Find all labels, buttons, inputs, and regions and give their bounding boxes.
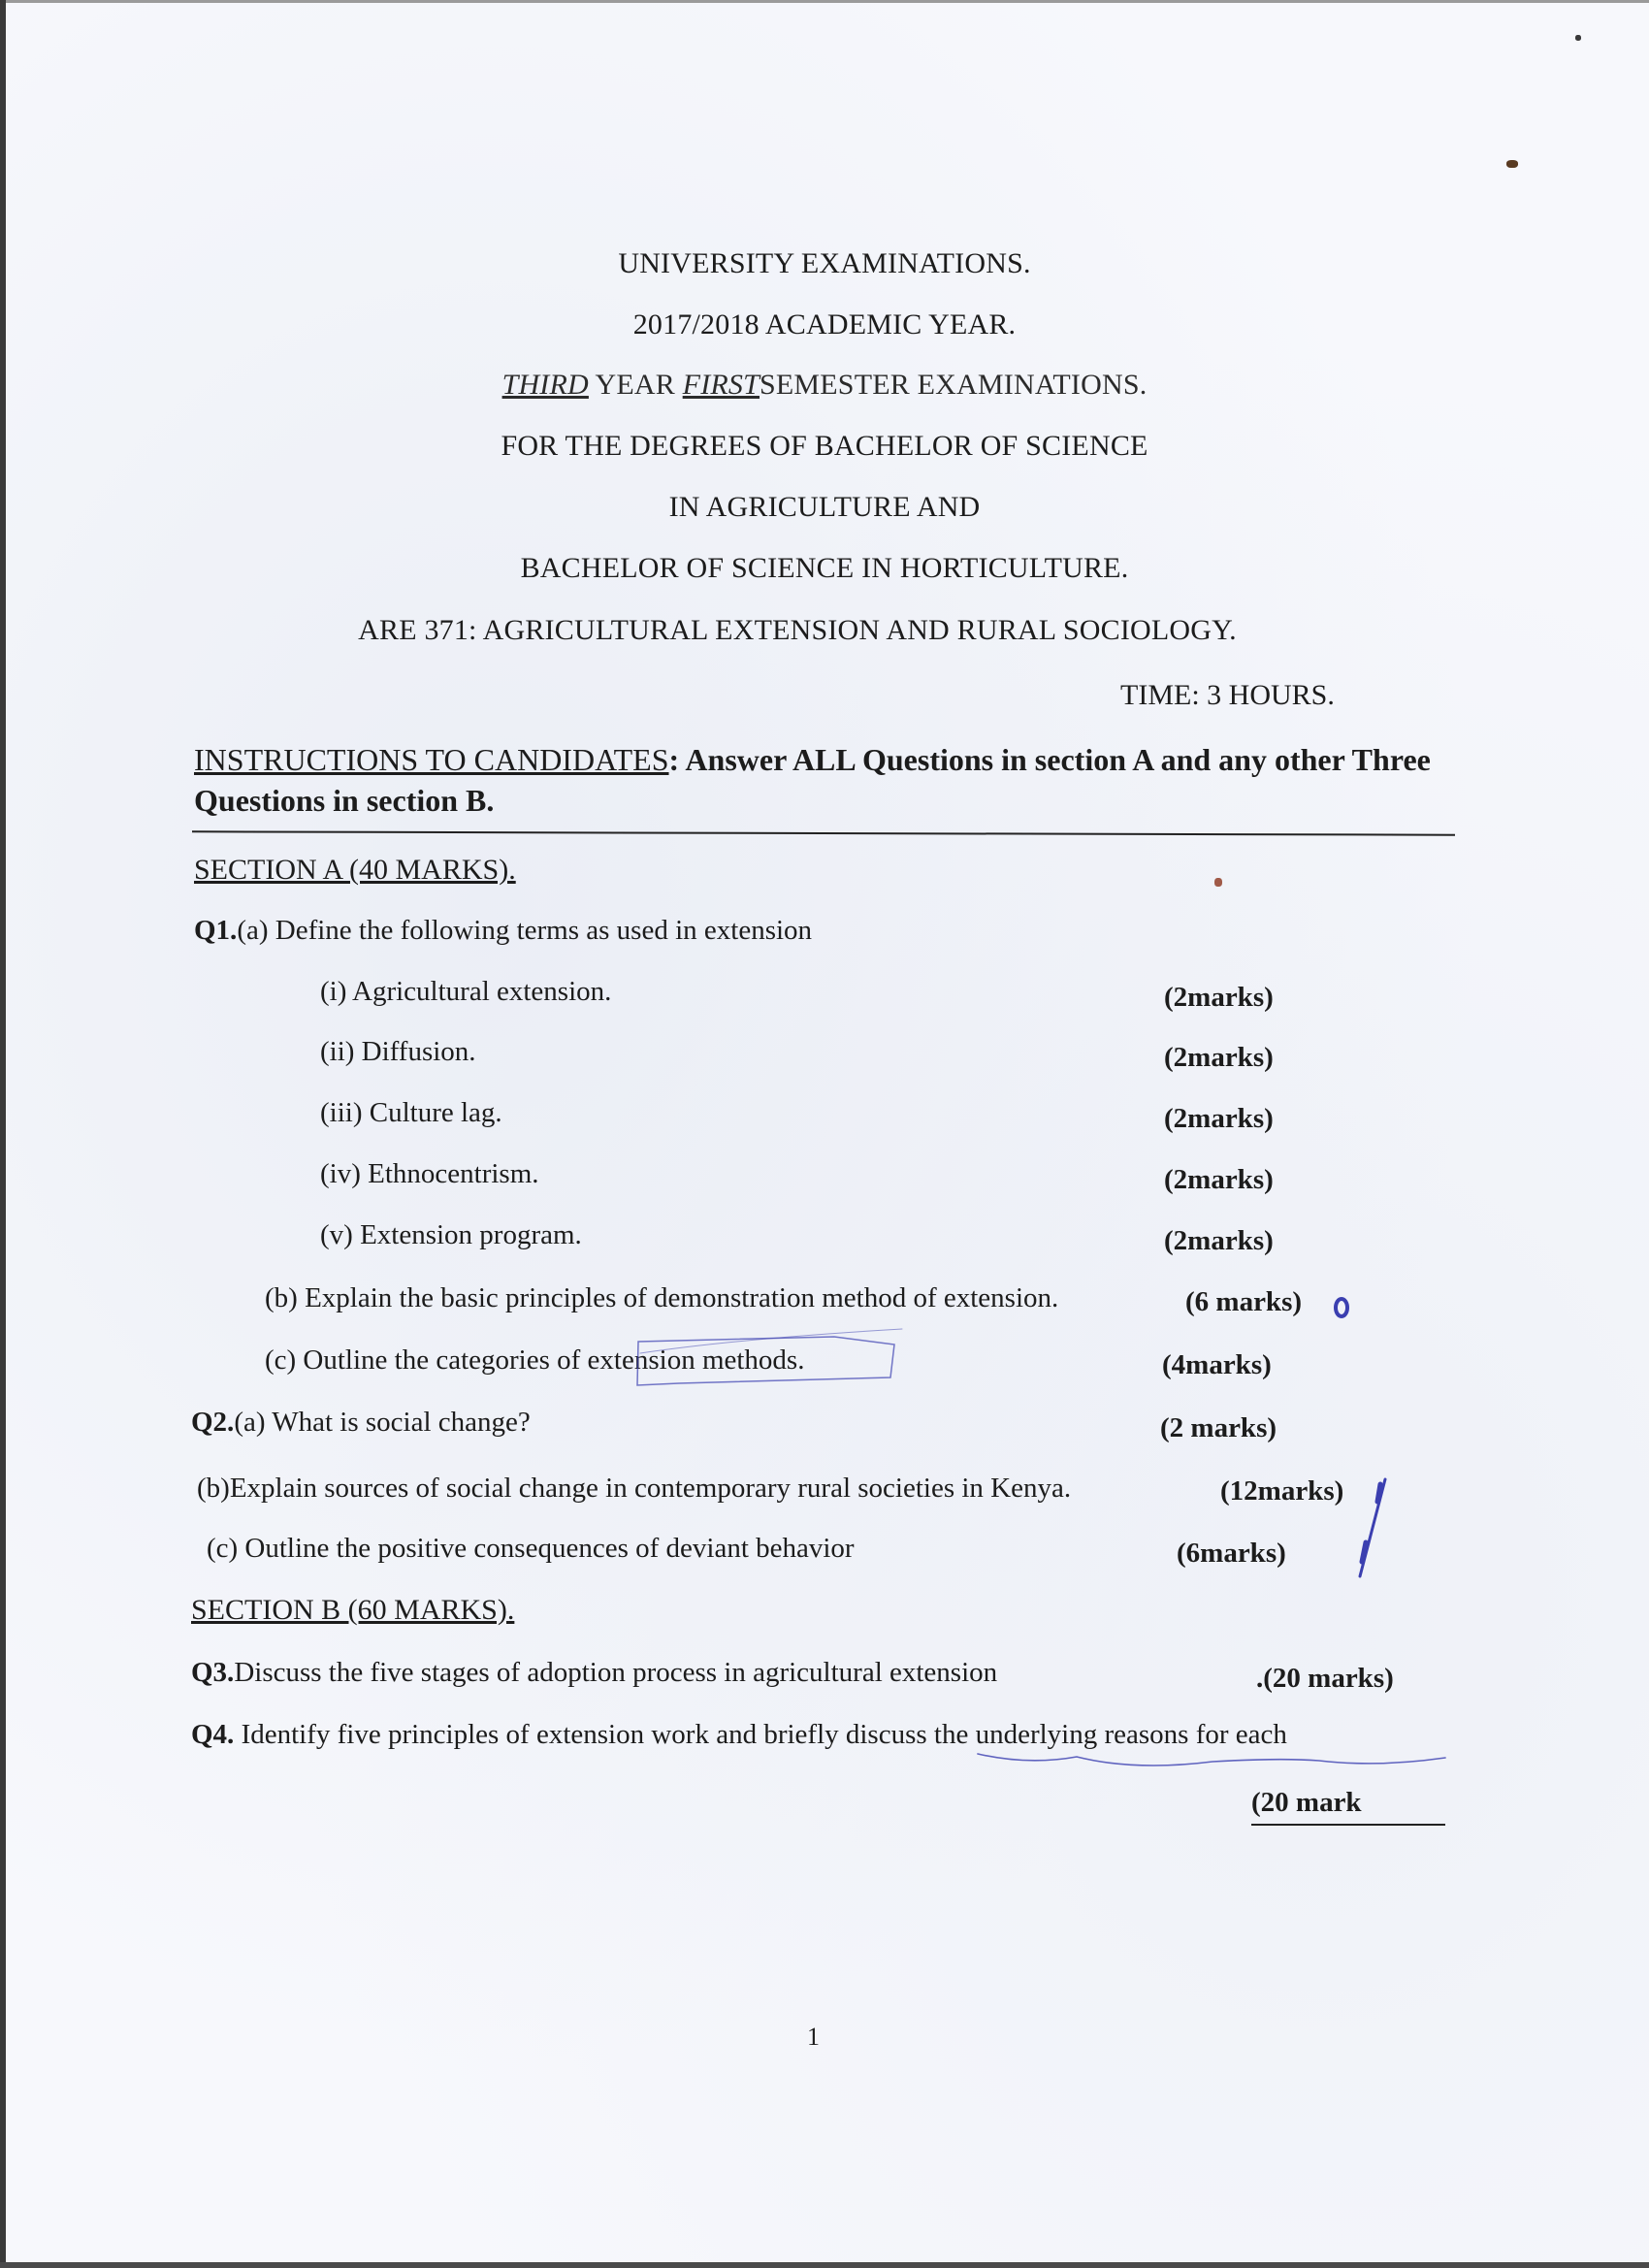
scan-speck [1575,35,1581,41]
scanned-exam-page: UNIVERSITY EXAMINATIONS. 2017/2018 ACADE… [0,0,1649,2268]
pen-dot-icon [1336,1299,1347,1316]
pen-box-icon [637,1337,894,1385]
pen-annotations [0,0,1649,2268]
scan-speck [1506,160,1518,168]
scan-speck [1214,878,1222,887]
pen-underline-icon [978,1754,1445,1766]
